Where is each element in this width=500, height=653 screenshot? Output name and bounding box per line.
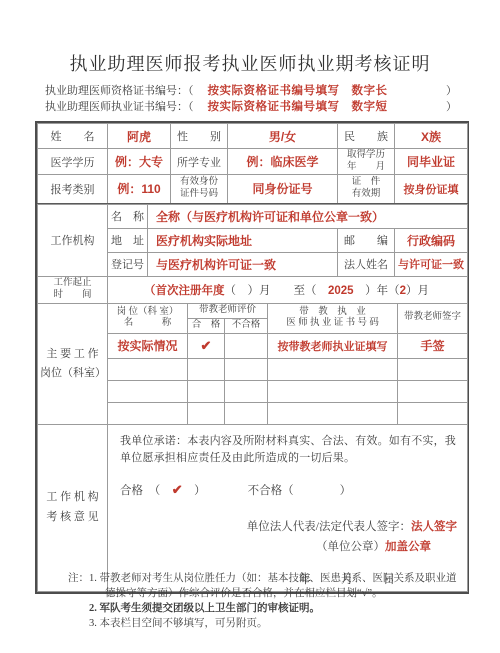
review-section-label-line2: 考 核 意 见	[40, 508, 105, 528]
id-number-label: 有效身份 证件号码	[171, 175, 228, 204]
work-period-value: （首次注册年度（ ）月 至（ 2025 ）年（2）月	[108, 276, 468, 303]
education-label: 医学学历	[38, 149, 108, 175]
qualification-cert-close-paren: ）	[446, 84, 457, 100]
seal-line: （单位公章）加盖公章	[120, 538, 459, 554]
empty-cell	[108, 402, 188, 424]
mentor-cert-header-line1: 带 教 执 业	[269, 307, 396, 318]
mentor-cert-header-line2: 医 师 执 业 证 书 号 码	[269, 318, 396, 329]
name-value: 阿虎	[108, 124, 171, 149]
work-period-table: 工作起止 时 间 （首次注册年度（ ）月 至（ 2025 ）年（2）月	[37, 276, 468, 304]
fail-option: 不合格（ ）	[248, 485, 352, 497]
qualification-cert-label: 执业助理医师资格证书编号：（	[45, 84, 194, 100]
work-period-note: （首次注册年度	[144, 285, 225, 297]
org-address-value: 医疗机构实际地址	[148, 228, 338, 252]
id-number-value: 同身份证号	[228, 175, 338, 204]
work-period-label-line2: 时 间	[40, 290, 105, 301]
practice-cert-label: 执业助理医师执业证书编号：（	[45, 100, 194, 116]
sign-label: 单位法人代表/法定代表人签字：	[247, 521, 411, 533]
seal-value: 加盖公章	[385, 541, 431, 553]
org-address-label: 地 址	[108, 228, 148, 252]
work-period-label-line1: 工作起止	[40, 278, 105, 289]
degree-date-label: 取得学历 年 月	[338, 149, 395, 175]
category-value: 例：110	[108, 175, 171, 204]
work-period-label: 工作起止 时 间	[38, 276, 108, 303]
gender-value: 男/女	[228, 124, 338, 149]
positions-table: 主 要 工 作 岗位（科室） 岗 位（科 室） 名 称 带教老师评价 带 教 执…	[37, 303, 468, 425]
mentor-signature-header: 带教老师签字	[398, 303, 468, 333]
qualification-cert-line: 执业助理医师资格证书编号：（ 按实际资格证书编号填写 数字长 ）	[45, 84, 457, 100]
ethnicity-value: X族	[395, 124, 468, 149]
org-name-value: 全称（与医疗机构许可证和单位公章一致）	[148, 204, 468, 228]
review-table: 工 作 机 构 考 核 意 见 我单位承诺：本表内容及所附材料真实、合法、有效。…	[37, 424, 468, 592]
work-period-mid: ）年（	[354, 285, 400, 297]
degree-date-label-line2: 年 月	[340, 162, 392, 173]
promise-statement: 我单位承诺：本表内容及所附材料真实、合法、有效。如有不实，我单位愿承担相应责任及…	[120, 433, 459, 467]
positions-section-label: 主 要 工 作 岗位（科室）	[38, 303, 108, 424]
major-value: 例：临床医学	[228, 149, 338, 175]
mentor-evaluation-header: 带教老师评价	[188, 303, 268, 318]
postal-code-label: 邮 编	[338, 228, 395, 252]
fail-subheader: 不合格	[225, 318, 268, 333]
org-registration-value: 与医疗机构许可证一致	[148, 252, 338, 276]
gender-label: 性 别	[171, 124, 228, 149]
org-registration-label: 登记号	[108, 252, 148, 276]
org-name-label: 名 称	[108, 204, 148, 228]
footnote-3: 3. 本表栏目空间不够填写，可另附页。	[89, 616, 462, 631]
name-label: 姓 名	[38, 124, 108, 149]
position-name-header-line1: 岗 位（科 室）	[109, 307, 186, 318]
footnote-2: 2. 军队考生须提交团级以上卫生部门的审核证明。	[89, 601, 462, 616]
fail-cell	[225, 333, 268, 358]
mentor-cert-header: 带 教 执 业 医 师 执 业 证 书 号 码	[268, 303, 398, 333]
pass-checkmark: ✔	[188, 333, 225, 358]
work-period-end: ）月	[406, 285, 429, 297]
legal-name-label: 法人姓名	[338, 252, 395, 276]
legal-representative-sign-line: 单位法人代表/法定代表人签字：法人签字	[120, 518, 459, 534]
review-section-label-line1: 工 作 机 构	[40, 488, 105, 508]
id-number-label-line1: 有效身份	[173, 177, 225, 188]
work-period-year: 2025	[328, 285, 354, 297]
mentor-cert-value: 按带教老师执业证填写	[268, 333, 398, 358]
footnote-items: 1. 带教老师对考生从岗位胜任力（如：基本技能、医患关系、医际关系及职业道德操守…	[89, 571, 462, 631]
degree-date-value: 同毕业证	[395, 149, 468, 175]
pass-fail-line: 合格 （ ✔ ）不合格（ ）	[120, 482, 459, 498]
empty-cell	[268, 380, 398, 402]
footnotes: 注： 1. 带教老师对考生从岗位胜任力（如：基本技能、医患关系、医际关系及职业道…	[68, 571, 462, 631]
ethnicity-label: 民 族	[338, 124, 395, 149]
work-period-from: （ ）月 至（	[225, 285, 329, 297]
page-title: 执业助理医师报考执业医师执业期考核证明	[0, 50, 500, 76]
major-label: 所学专业	[171, 149, 228, 175]
footnote-1: 1. 带教老师对考生从岗位胜任力（如：基本技能、医患关系、医际关系及职业道德操守…	[89, 571, 462, 601]
empty-cell	[268, 402, 398, 424]
certificate-number-lines: 执业助理医师资格证书编号：（ 按实际资格证书编号填写 数字长 ） 执业助理医师执…	[45, 84, 457, 115]
empty-cell	[225, 380, 268, 402]
empty-cell	[398, 402, 468, 424]
review-pass-checkmark: ✔	[172, 482, 183, 497]
positions-section-label-line2: 岗位（科室）	[40, 364, 105, 383]
position-name-value: 按实际情况	[108, 333, 188, 358]
positions-section-label-line1: 主 要 工 作	[40, 345, 105, 364]
id-validity-label-line2: 有效期	[340, 189, 392, 200]
pass-suffix: ）	[183, 485, 206, 497]
empty-cell	[225, 402, 268, 424]
education-value: 例：大专	[108, 149, 171, 175]
organization-label: 工作机构	[38, 204, 108, 276]
id-number-label-line2: 证件号码	[173, 189, 225, 200]
id-validity-label-line1: 证 件	[340, 177, 392, 188]
id-validity-value: 按身份证填	[395, 175, 468, 204]
empty-cell	[188, 402, 225, 424]
postal-code-value: 行政编码	[395, 228, 468, 252]
degree-date-label-line1: 取得学历	[340, 150, 392, 161]
practice-cert-close-paren: ）	[446, 100, 457, 116]
organization-table: 工作机构 名 称 全称（与医疗机构许可证和单位公章一致） 地 址 医疗机构实际地…	[37, 204, 468, 277]
qualification-cert-value: 按实际资格证书编号填写 数字长	[194, 84, 447, 100]
empty-cell	[225, 358, 268, 380]
pass-subheader: 合 格	[188, 318, 225, 333]
sign-value: 法人签字	[411, 521, 457, 533]
footnote-prefix: 注：	[68, 571, 89, 631]
practice-cert-value: 按实际资格证书编号填写 数字短	[194, 100, 447, 116]
seal-label: （单位公章）	[316, 541, 385, 553]
legal-name-value: 与许可证一致	[395, 252, 468, 276]
mentor-signature-value: 手签	[398, 333, 468, 358]
id-validity-label: 证 件 有效期	[338, 175, 395, 204]
practice-cert-line: 执业助理医师执业证书编号：（ 按实际资格证书编号填写 数字短 ）	[45, 100, 457, 116]
empty-cell	[268, 358, 398, 380]
form-table: 姓 名 阿虎 性 别 男/女 民 族 X族 医学学历 例：大专 所学专业 例：临…	[35, 121, 469, 594]
position-name-header-line2: 名 称	[109, 318, 186, 329]
empty-cell	[108, 358, 188, 380]
pass-prefix: 合格 （	[120, 485, 172, 497]
empty-cell	[398, 358, 468, 380]
position-name-header: 岗 位（科 室） 名 称	[108, 303, 188, 333]
personal-info-table: 姓 名 阿虎 性 别 男/女 民 族 X族 医学学历 例：大专 所学专业 例：临…	[37, 123, 468, 205]
empty-cell	[188, 358, 225, 380]
review-section-label: 工 作 机 构 考 核 意 见	[38, 424, 108, 591]
empty-cell	[398, 380, 468, 402]
empty-cell	[108, 380, 188, 402]
review-content: 我单位承诺：本表内容及所附材料真实、合法、有效。如有不实，我单位愿承担相应责任及…	[108, 424, 468, 591]
category-label: 报考类别	[38, 175, 108, 204]
empty-cell	[188, 380, 225, 402]
